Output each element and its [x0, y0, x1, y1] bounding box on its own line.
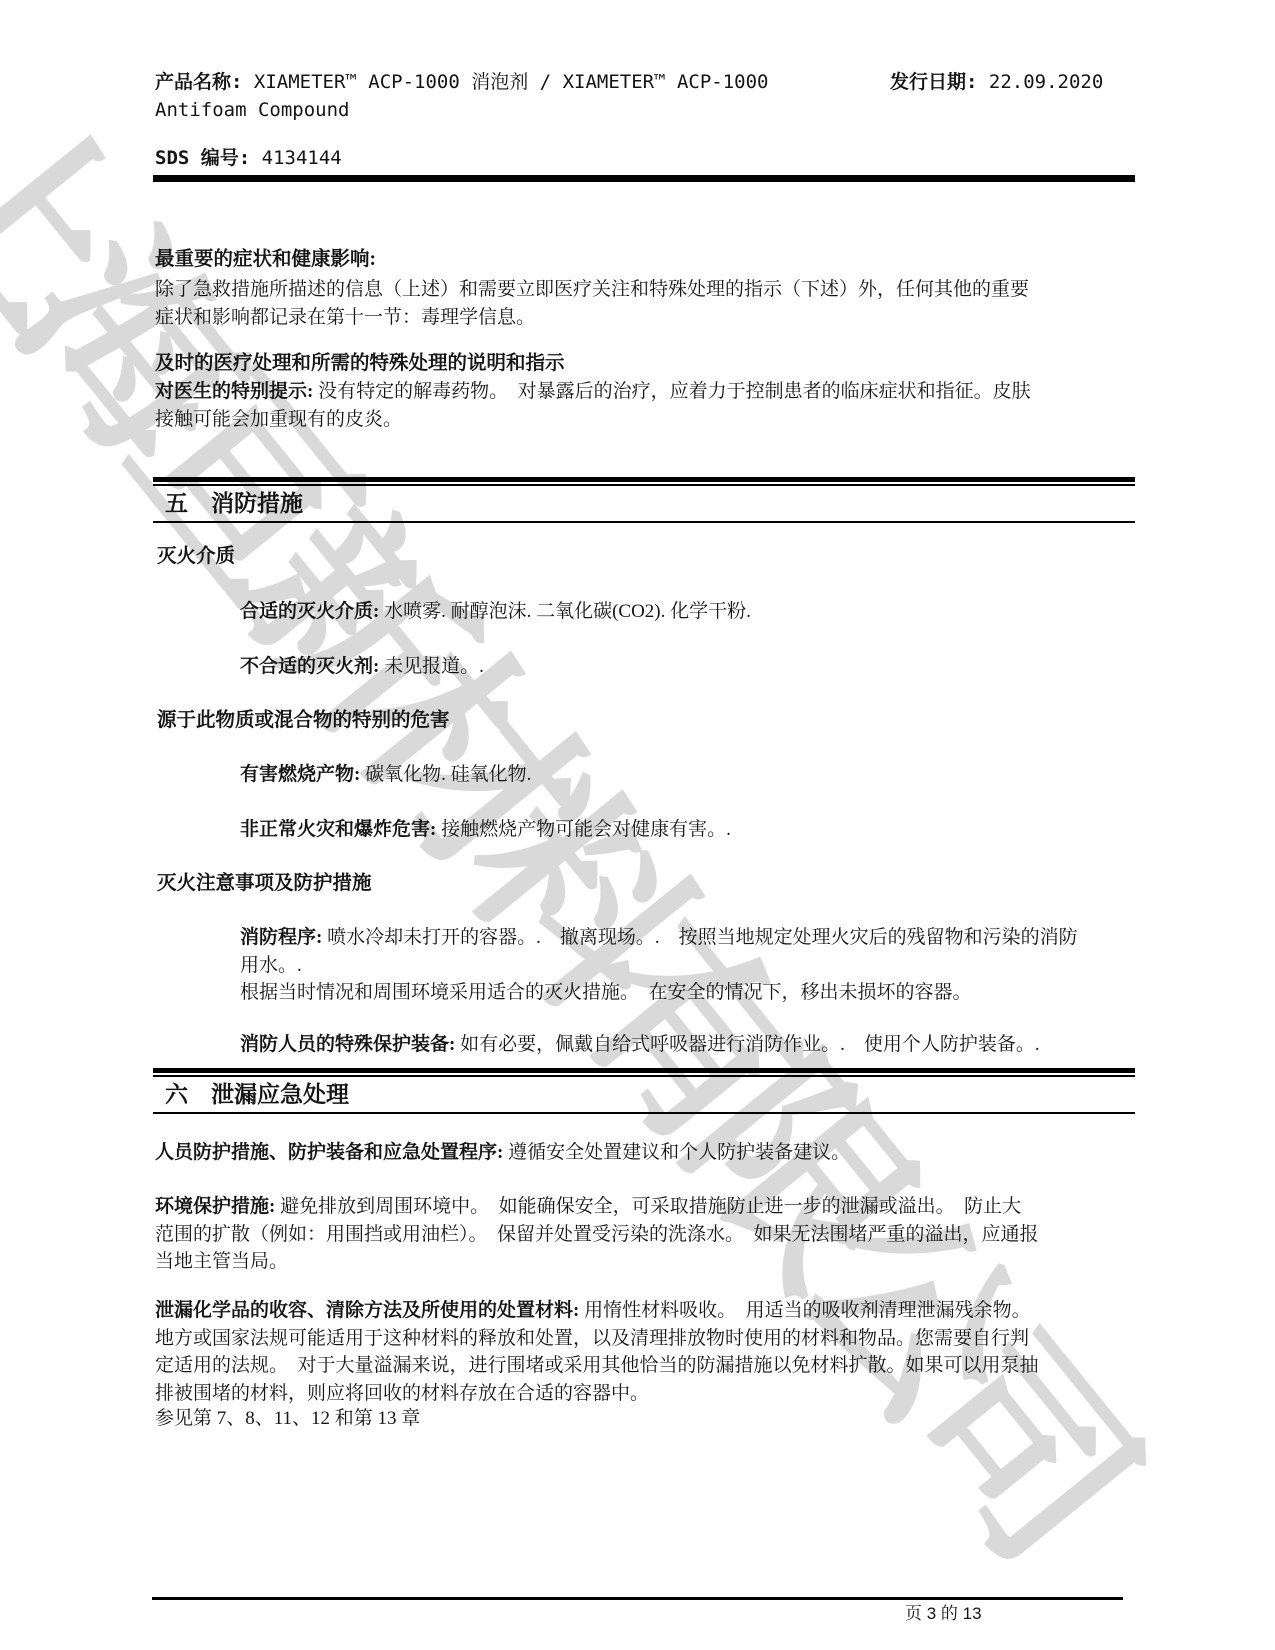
- footer-rule: [152, 1597, 1123, 1600]
- combustion-products-label: 有害燃烧产物:: [240, 764, 360, 785]
- protective-equipment-text: 如有必要，佩戴自给式呼吸器进行消防作业。. 使用个人防护装备。.: [455, 1034, 1039, 1055]
- protective-equipment-item: 消防人员的特殊保护装备: 如有必要，佩戴自给式呼吸器进行消防作业。. 使用个人防…: [240, 1031, 1092, 1059]
- fire-procedures-label: 消防程序:: [240, 927, 322, 948]
- product-name-value: XIAMETER™ ACP-1000 消泡剂 / XIAMETER™ ACP-1…: [155, 71, 768, 121]
- personal-precautions-paragraph: 人员防护措施、防护装备和应急处置程序: 遵循安全处置建议和个人防护装备建议。: [155, 1139, 1040, 1167]
- section-6-header: 六 泄漏应急处理: [153, 1068, 1135, 1114]
- fire-procedures-line2: 根据当时情况和周围环境采用适合的灭火措施。 在安全的情况下，移出未损坏的容器。: [240, 979, 1092, 1007]
- section-5-rule-thick: [153, 477, 1135, 482]
- header-sds-number: SDS 编号: 4134144: [155, 144, 342, 172]
- issue-date-value: 22.09.2020: [989, 71, 1103, 93]
- extinguishing-media-heading: 灭火介质: [157, 544, 235, 570]
- issue-date-label: 发行日期:: [890, 71, 977, 93]
- section-6-rule-bottom: [153, 1112, 1135, 1114]
- combustion-products-text: 碳氧化物. 硅氧化物.: [360, 764, 531, 785]
- symptoms-paragraph: 除了急救措施所描述的信息（上述）和需要立即医疗关注和特殊处理的指示（下述）外，任…: [155, 276, 1040, 331]
- unsuitable-media-label: 不合适的灭火剂:: [240, 656, 379, 677]
- firefighting-precautions-heading: 灭火注意事项及防护措施: [157, 871, 372, 897]
- suitable-media-label: 合适的灭火介质:: [240, 601, 379, 622]
- unusual-hazards-item: 非正常火灾和爆炸危害: 接触燃烧产物可能会对健康有害。.: [240, 816, 1092, 844]
- unsuitable-media-text: 未见报道。.: [379, 656, 484, 677]
- fire-procedures-text: 喷水冷却未打开的容器。. 撤离现场。. 按照当地规定处理火灾后的残留物和污染的消…: [240, 927, 1078, 976]
- fire-procedures-item: 消防程序: 喷水冷却未打开的容器。. 撤离现场。. 按照当地规定处理火灾后的残留…: [240, 924, 1092, 1007]
- header-issue-date: 发行日期: 22.09.2020: [890, 68, 1103, 96]
- environmental-precautions-paragraph: 环境保护措施: 避免排放到周围环境中。 如能确保安全，可采取措施防止进一步的泄漏…: [155, 1193, 1040, 1276]
- section-5-header: 五 消防措施: [153, 477, 1135, 523]
- environmental-precautions-text: 避免排放到周围环境中。 如能确保安全，可采取措施防止进一步的泄漏或溢出。 防止大…: [155, 1196, 1039, 1272]
- see-also-line: 参见第 7、8、11、12 和第 13 章: [155, 1405, 1040, 1433]
- suitable-media-item: 合适的灭火介质: 水喷雾. 耐醇泡沫. 二氧化碳(CO2). 化学干粉.: [240, 598, 1092, 626]
- page-number: 页 3 的 13: [905, 1602, 982, 1626]
- symptoms-heading: 最重要的症状和健康影响:: [155, 247, 376, 273]
- containment-cleanup-label: 泄漏化学品的收容、清除方法及所使用的处置材料:: [155, 1300, 579, 1321]
- section-5-rule-bottom: [153, 521, 1135, 523]
- header-product-line: 产品名称: XIAMETER™ ACP-1000 消泡剂 / XIAMETER™…: [155, 68, 795, 124]
- section-5-title: 五 消防措施: [153, 486, 1135, 521]
- environmental-precautions-label: 环境保护措施:: [155, 1196, 275, 1217]
- containment-cleanup-paragraph: 泄漏化学品的收容、清除方法及所使用的处置材料: 用惰性材料吸收。 用适当的吸收剂…: [155, 1297, 1040, 1407]
- notes-to-physician-label: 对医生的特别提示:: [155, 381, 313, 402]
- medical-attention-heading: 及时的医疗处理和所需的特殊处理的说明和指示: [155, 351, 565, 377]
- fire-procedures-line1: 消防程序: 喷水冷却未打开的容器。. 撤离现场。. 按照当地规定处理火灾后的残留…: [240, 924, 1092, 979]
- header-rule: [153, 175, 1135, 182]
- sds-number-label: SDS 编号:: [155, 147, 250, 169]
- section-6-title: 六 泄漏应急处理: [153, 1077, 1135, 1112]
- personal-precautions-label: 人员防护措施、防护装备和应急处置程序:: [155, 1142, 503, 1163]
- personal-precautions-text: 遵循安全处置建议和个人防护装备建议。: [503, 1142, 850, 1163]
- unsuitable-media-item: 不合适的灭火剂: 未见报道。.: [240, 653, 1092, 681]
- combustion-products-item: 有害燃烧产物: 碳氧化物. 硅氧化物.: [240, 761, 1092, 789]
- unusual-hazards-text: 接触燃烧产物可能会对健康有害。.: [436, 819, 731, 840]
- unusual-hazards-label: 非正常火灾和爆炸危害:: [240, 819, 436, 840]
- sds-document-page: 上海亘新材料有限公司 产品名称: XIAMETER™ ACP-1000 消泡剂 …: [0, 0, 1275, 1650]
- section-6-rule-thick: [153, 1068, 1135, 1073]
- notes-to-physician-paragraph: 对医生的特别提示: 没有特定的解毒药物。 对暴露后的治疗，应着力于控制患者的临床…: [155, 378, 1040, 433]
- special-hazards-heading: 源于此物质或混合物的特别的危害: [157, 708, 450, 734]
- product-name-label: 产品名称:: [155, 71, 242, 93]
- sds-number-value: 4134144: [262, 147, 342, 169]
- suitable-media-text: 水喷雾. 耐醇泡沫. 二氧化碳(CO2). 化学干粉.: [379, 601, 751, 622]
- protective-equipment-label: 消防人员的特殊保护装备:: [240, 1034, 455, 1055]
